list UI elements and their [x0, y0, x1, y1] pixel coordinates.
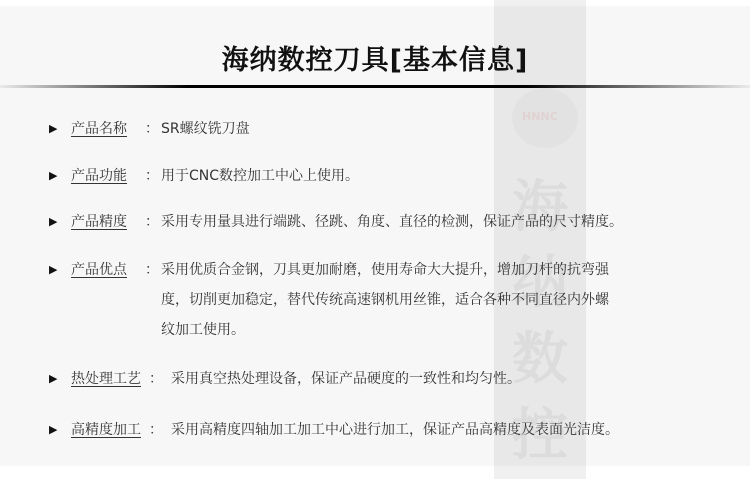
item-label: 高精度加工 [71, 417, 141, 443]
item-value: 用于CNC数控加工中心上使用。 [161, 163, 359, 189]
bullet-arrow-icon: ▶ [49, 209, 57, 235]
bullet-arrow-icon: ▶ [49, 257, 57, 283]
item-label: 产品优点 [71, 257, 127, 283]
item-value: 纹加工使用。 [161, 317, 245, 343]
item-value: 采用真空热处理设备，保证产品硬度的一致性和均匀性。 [171, 366, 521, 392]
bullet-arrow-icon: ▶ [49, 417, 57, 443]
item-label: 产品名称 [71, 116, 127, 142]
title-divider [0, 85, 750, 88]
item-label: 热处理工艺 [71, 366, 141, 392]
bullet-arrow-icon: ▶ [49, 163, 57, 189]
item-value: 度，切削更加稳定，替代传统高速钢机用丝锥，适合各种不同直径内外螺 [161, 287, 609, 313]
item-label: 产品功能 [71, 163, 127, 189]
item-value: 采用高精度四轴加工加工中心进行加工，保证产品高精度及表面光洁度。 [171, 417, 619, 443]
item-value: 采用优质合金钢，刀具更加耐磨，使用寿命大大提升，增加刀杆的抗弯强 [161, 257, 609, 283]
item-label: 产品精度 [71, 209, 127, 235]
item-value: 采用专用量具进行端跳、径跳、角度、直径的检测，保证产品的尺寸精度。 [161, 209, 623, 235]
watermark-logo-icon: HNNC [512, 88, 578, 148]
page-title: 海纳数控刀具[基本信息] [0, 38, 750, 77]
bullet-arrow-icon: ▶ [49, 366, 57, 392]
bullet-arrow-icon: ▶ [49, 116, 57, 142]
item-value: SR螺纹铣刀盘 [161, 116, 250, 142]
